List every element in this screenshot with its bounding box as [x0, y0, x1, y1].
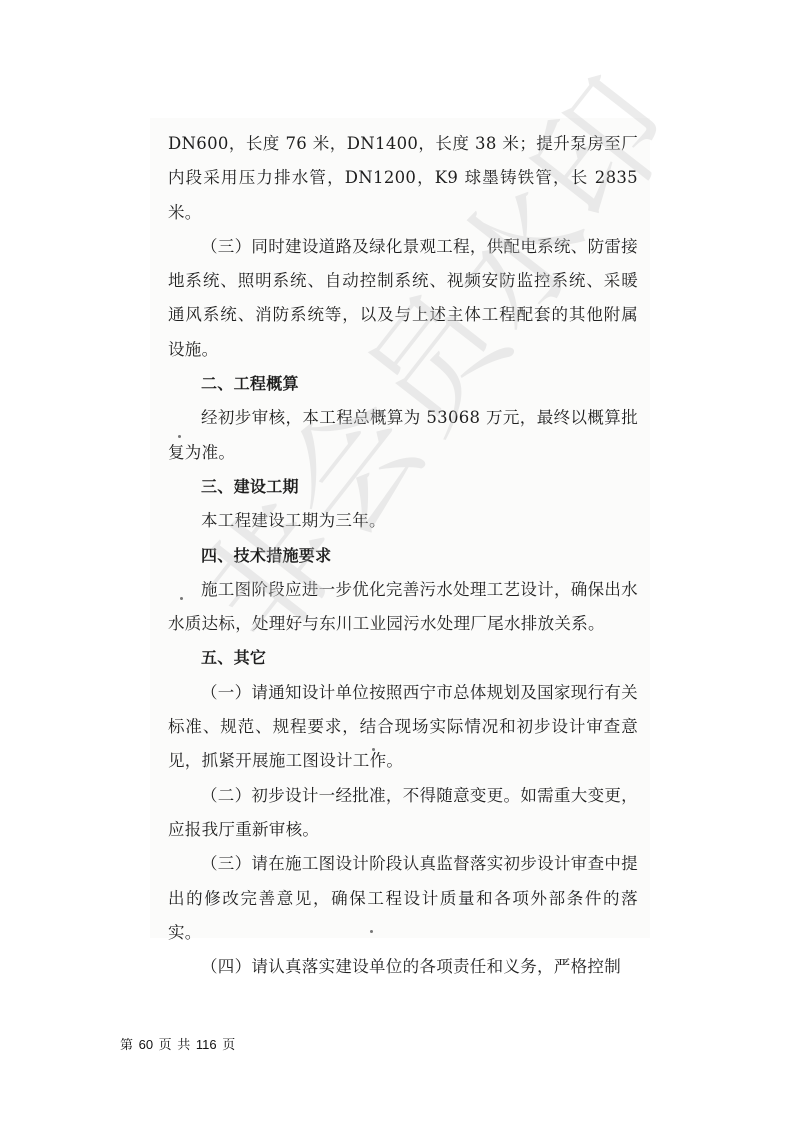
paragraph-section-3-facilities: （三）同时建设道路及绿化景观工程，供配电系统、防雷接地系统、照明系统、自动控制系… — [168, 230, 638, 367]
heading-technical-requirements: 四、技术措施要求 — [168, 539, 638, 573]
page-number-footer: 第 60 页 共 116 页 — [120, 1034, 235, 1053]
paragraph-technical-requirements: 施工图阶段应进一步优化完善污水处理工艺设计，确保出水水质达标，处理好与东川工业园… — [168, 573, 638, 642]
scan-artifact — [372, 748, 375, 751]
document-body: DN600，长度 76 米，DN1400，长度 38 米；提升泵房至厂内段采用压… — [168, 127, 638, 984]
heading-schedule: 三、建设工期 — [168, 470, 638, 504]
paragraph-other-1: （一）请通知设计单位按照西宁市总体规划及国家现行有关标准、规范、规程要求，结合现… — [168, 676, 638, 779]
paragraph-continuation: DN600，长度 76 米，DN1400，长度 38 米；提升泵房至厂内段采用压… — [168, 127, 638, 230]
scan-artifact — [370, 930, 373, 933]
paragraph-other-4: （四）请认真落实建设单位的各项责任和义务，严格控制 — [168, 950, 638, 984]
scan-artifact — [178, 435, 181, 438]
heading-budget: 二、工程概算 — [168, 367, 638, 401]
scan-artifact — [180, 597, 183, 600]
paragraph-schedule: 本工程建设工期为三年。 — [168, 504, 638, 538]
paragraph-other-2: （二）初步设计一经批准，不得随意变更。如需重大变更，应报我厅重新审核。 — [168, 779, 638, 848]
paragraph-other-3: （三）请在施工图设计阶段认真监督落实初步设计审查中提出的修改完善意见，确保工程设… — [168, 847, 638, 950]
heading-other: 五、其它 — [168, 641, 638, 675]
paragraph-budget: 经初步审核，本工程总概算为 53068 万元，最终以概算批复为准。 — [168, 401, 638, 470]
